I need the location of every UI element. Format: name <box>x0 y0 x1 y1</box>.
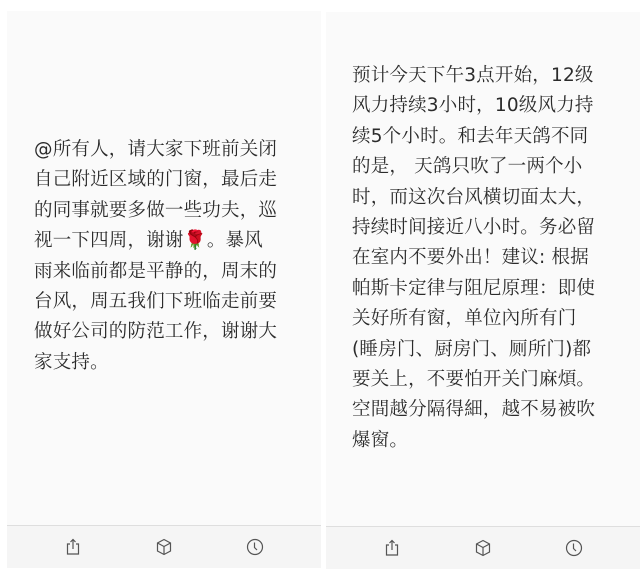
text-line: 风力持续3小时，10级风力持 <box>352 91 618 121</box>
box-button[interactable] <box>469 534 497 562</box>
text-line: 关好所有窗，单位內所有门 <box>352 304 618 334</box>
text-line: 自己附近区域的门窗，最后走 <box>34 165 300 195</box>
text-line: 台风，周五我们下班临走前要 <box>34 287 300 317</box>
text-line: 做好公司的防范工作，谢谢大 <box>34 317 300 347</box>
text-line: 家支持。 <box>34 348 300 378</box>
history-button[interactable] <box>241 533 269 561</box>
text-line: 雨来临前都是平静的，周末的 <box>34 257 300 287</box>
history-button[interactable] <box>560 534 588 562</box>
note-text-left: @所有人，请大家下班前关闭 自己附近区域的门窗，最后走 的同事就要多做一些功夫，… <box>34 135 300 378</box>
note-card-left: @所有人，请大家下班前关闭 自己附近区域的门窗，最后走 的同事就要多做一些功夫，… <box>7 11 321 568</box>
text-line: 续5个小时。和去年天鸽不同 <box>352 122 618 152</box>
text-line: 的是， 天鸽只吹了一两个小 <box>352 152 618 182</box>
text-line: 爆窗。 <box>352 426 618 456</box>
text-line: 预计今天下午3点开始，12级 <box>352 61 618 91</box>
text-line: 视一下四周，谢谢🌹。暴风 <box>34 226 300 256</box>
text-line: (睡房门、厨房门、厕所门)都 <box>352 335 618 365</box>
note-text-right: 预计今天下午3点开始，12级 风力持续3小时，10级风力持 续5个小时。和去年天… <box>352 61 618 456</box>
note-card-right: 预计今天下午3点开始，12级 风力持续3小时，10级风力持 续5个小时。和去年天… <box>326 12 640 569</box>
cube-icon <box>474 539 492 557</box>
share-icon <box>64 538 82 556</box>
text-line: 在室内不要外出！建议: 根据 <box>352 243 618 273</box>
text-line: 空間越分隔得細，越不易被吹 <box>352 395 618 425</box>
clock-icon <box>565 539 583 557</box>
share-button[interactable] <box>59 533 87 561</box>
action-toolbar-right <box>326 526 640 569</box>
share-button[interactable] <box>378 534 406 562</box>
cube-icon <box>155 538 173 556</box>
clock-icon <box>246 538 264 556</box>
text-line: 持续时间接近八小时。务必留 <box>352 213 618 243</box>
share-icon <box>383 539 401 557</box>
box-button[interactable] <box>150 533 178 561</box>
text-line: 的同事就要多做一些功夫，巡 <box>34 196 300 226</box>
text-line: 要关上，不要怕开关门麻煩。 <box>352 365 618 395</box>
text-line: 帕斯卡定律与阻尼原理：即使 <box>352 274 618 304</box>
text-line: @所有人，请大家下班前关闭 <box>34 135 300 165</box>
action-toolbar-left <box>7 525 321 568</box>
text-line: 时，而这次台风横切面太大， <box>352 183 618 213</box>
